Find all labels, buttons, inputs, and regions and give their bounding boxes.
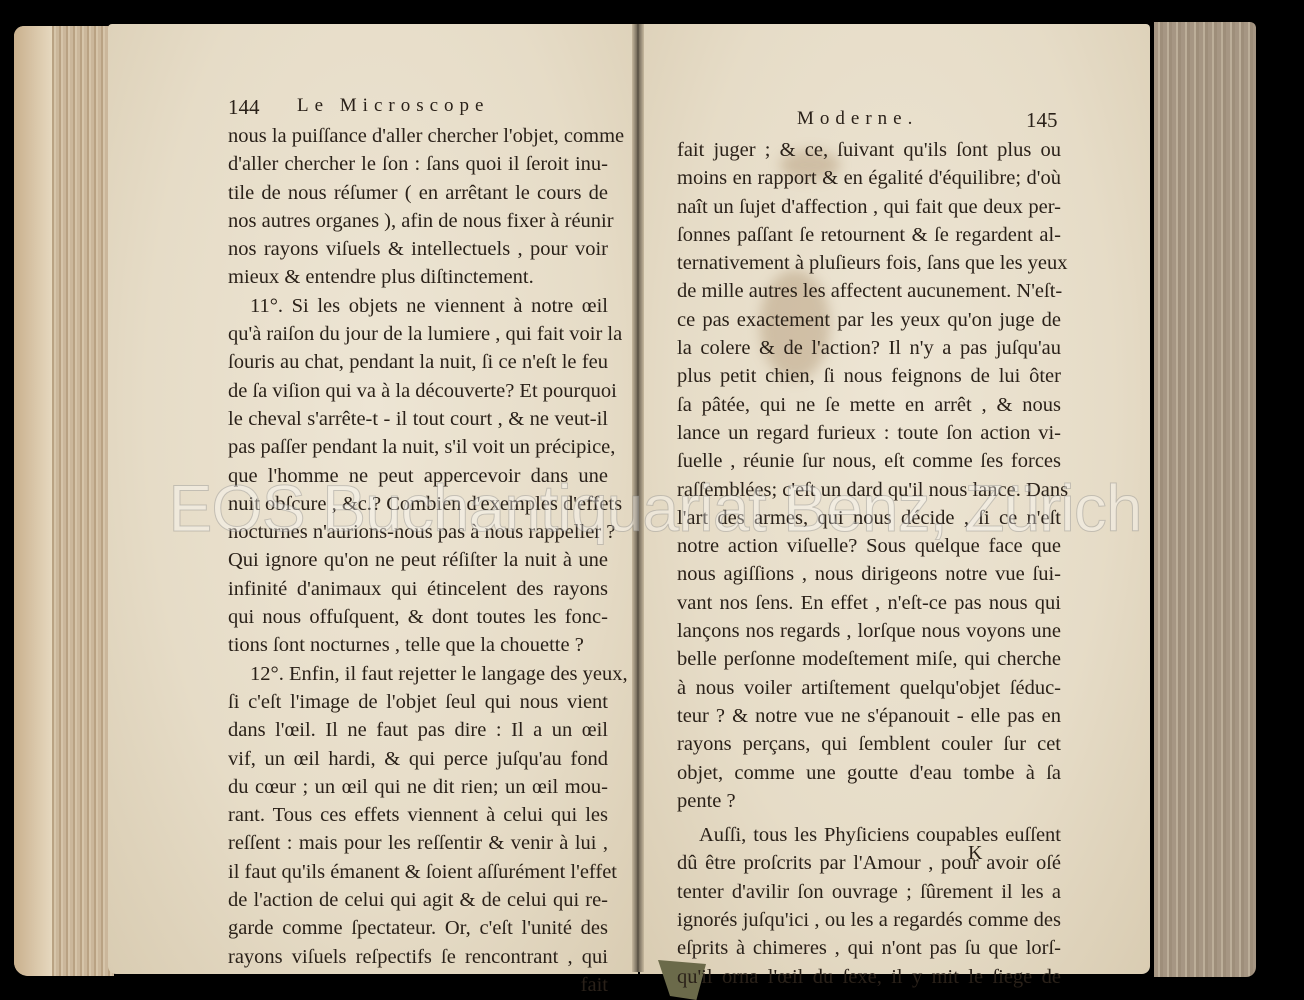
text-line: tenter d'avilir ſon ouvrage ; ſûrement i…: [677, 878, 1061, 906]
right-page-body: fait juger ; & ce, ſuivant qu'ils ſont p…: [677, 136, 1061, 991]
text-line: vant nos ſens. En effet , n'eſt-ce pas n…: [677, 589, 1061, 617]
text-line: nos autres organes ), afin de nous fixer…: [228, 207, 608, 235]
text-line: objet, comme une goutte d'eau tombe à ſa: [677, 759, 1061, 787]
text-line: tile de nous réſumer ( en arrêtant le co…: [228, 179, 608, 207]
text-line: nous agiſſions , nous dirigeons notre vu…: [677, 560, 1061, 588]
running-head-right: Moderne.: [797, 108, 918, 130]
text-line: ignorés juſqu'ici , ou les a regardés co…: [677, 906, 1061, 934]
text-line: teur ? & notre vue ne s'épanouit - elle …: [677, 702, 1061, 730]
text-line: belle perſonne modeſtement miſe, qui che…: [677, 645, 1061, 673]
text-line: dû être proſcrits par l'Amour , pour avo…: [677, 849, 1061, 877]
catchword: fait: [228, 971, 608, 999]
open-book: 144 Le Microscope Moderne. 145 nous la p…: [0, 0, 1304, 1000]
text-line: 12°. Enfin, il faut rejetter le langage …: [228, 660, 608, 688]
text-line: ce pas exactement par les yeux qu'on jug…: [677, 306, 1061, 334]
text-line: infinité d'animaux qui étincelent des ra…: [228, 575, 608, 603]
page-number-right: 145: [1026, 108, 1058, 133]
text-line: de l'action de celui qui agit & de celui…: [228, 886, 608, 914]
text-line: 11°. Si les objets ne viennent à notre œ…: [228, 292, 608, 320]
text-line: rayons viſuels reſpectifs ſe rencontrant…: [228, 943, 608, 971]
text-line: ſouris au chat, pendant la nuit, ſi ce n…: [228, 348, 608, 376]
text-line: du cœur ; un œil qui ne dit rien; un œil…: [228, 773, 608, 801]
text-line: naît un ſujet d'affection , qui fait que…: [677, 193, 1061, 221]
page-number-left: 144: [228, 95, 260, 120]
text-line: qu'il orna l'œil du ſexe, il y mit le ſi…: [677, 963, 1061, 991]
text-line: à nous voiler artiſtement quelqu'objet ſ…: [677, 674, 1061, 702]
text-line: Auſſi, tous les Phyſiciens coupables euſ…: [677, 821, 1061, 849]
text-line: pas paſſer pendant la nuit, s'il voit un…: [228, 433, 608, 461]
text-line: lance un regard furieux : toute ſon acti…: [677, 419, 1061, 447]
text-line: de mille autres les affectent aucunement…: [677, 277, 1061, 305]
text-line: garde comme ſpectateur. Or, c'eſt l'unit…: [228, 914, 608, 942]
text-line: tions ſont nocturnes , telle que la chou…: [228, 631, 608, 659]
watermark: EOS Buchantiquariat Benz, Zürich: [140, 470, 1170, 546]
text-line: plus petit chien, ſi nous feignons de lu…: [677, 362, 1061, 390]
text-line: rayons perçans, qui ſemblent couler ſur …: [677, 730, 1061, 758]
text-line: le cheval s'arrête-t - il tout court , &…: [228, 405, 608, 433]
text-line: qui nous offuſquent, & dont toutes les f…: [228, 603, 608, 631]
text-line: mieux & entendre plus diſtinctement.: [228, 263, 608, 291]
text-line: d'aller chercher le ſon : ſans quoi il ſ…: [228, 150, 608, 178]
text-line: lançons nos regards , lorſque nous voyon…: [677, 617, 1061, 645]
text-line: fait juger ; & ce, ſuivant qu'ils ſont p…: [677, 136, 1061, 164]
text-line: la colere & de l'action? Il n'y a pas ju…: [677, 334, 1061, 362]
text-line: moins en rapport & en égalité d'équilibr…: [677, 164, 1061, 192]
text-line: ternativement à pluſieurs fois, ſans que…: [677, 249, 1061, 277]
text-line: vif, un œil hardi, & qui perce juſqu'au …: [228, 745, 608, 773]
text-line: ſonnes paſſant ſe retournent & ſe regard…: [677, 221, 1061, 249]
left-page-body: nous la puiſſance d'aller chercher l'obj…: [228, 122, 608, 999]
text-line: dans l'œil. Il ne faut pas dire : Il a u…: [228, 716, 608, 744]
signature-mark: K: [968, 842, 982, 865]
text-line: il faut qu'ils émanent & ſoient aſſuréme…: [228, 858, 608, 886]
text-line: qu'à raiſon du jour de la lumiere , qui …: [228, 320, 608, 348]
text-line: pente ?: [677, 787, 1061, 815]
text-line: reſſent : mais pour les reſſentir & veni…: [228, 829, 608, 857]
running-head-left: Le Microscope: [297, 95, 489, 117]
text-line: de ſa viſion qui va à la découverte? Et …: [228, 377, 608, 405]
text-line: ſi c'eſt l'image de l'objet ſeul qui nou…: [228, 688, 608, 716]
text-line: rant. Tous ces effets viennent à celui q…: [228, 801, 608, 829]
text-line: ſa pâtée, qui ne ſe mette en arrêt , & n…: [677, 391, 1061, 419]
text-line: nos rayons viſuels & intellectuels , pou…: [228, 235, 608, 263]
text-line: nous la puiſſance d'aller chercher l'obj…: [228, 122, 608, 150]
text-line: eſprits à chimeres , qui n'ont pas ſu qu…: [677, 934, 1061, 962]
text-line: Qui ignore qu'on ne peut réſiſter la nui…: [228, 546, 608, 574]
left-page-block-edge: [14, 26, 114, 976]
